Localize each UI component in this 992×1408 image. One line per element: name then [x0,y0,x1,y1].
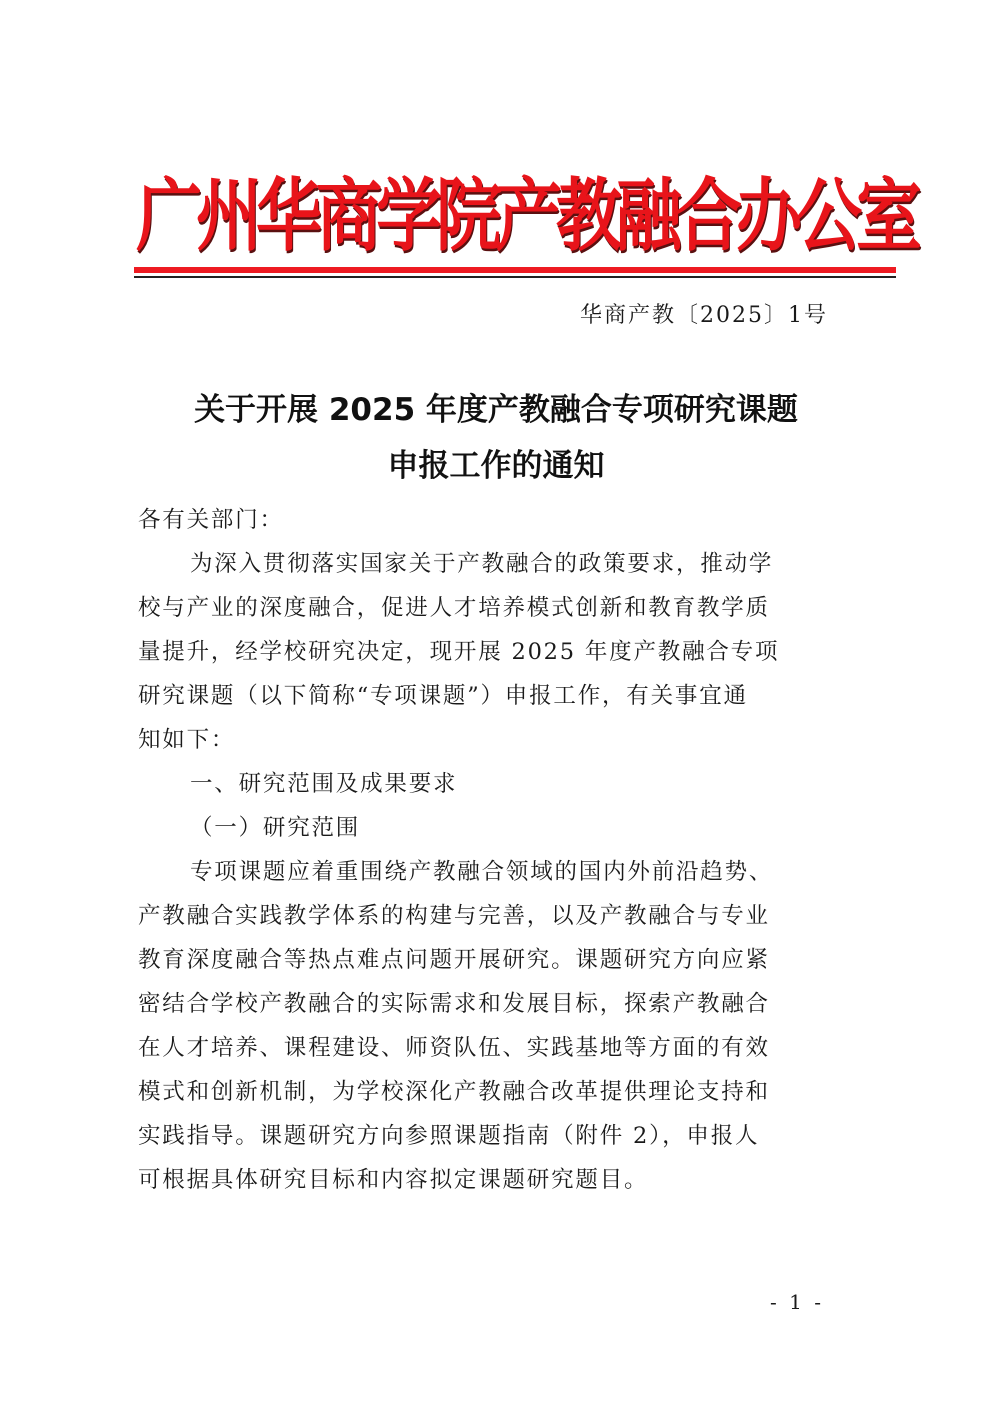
document-body: 各有关部门： 为深入贯彻落实国家关于产教融合的政策要求，推动学 校与产业的深度融… [138,498,838,1202]
paragraph-line: 为深入贯彻落实国家关于产教融合的政策要求，推动学 [138,542,838,586]
paragraph-line: 可根据具体研究目标和内容拟定课题研究题目。 [138,1158,838,1202]
document-title-line-1: 关于开展 2025 年度产教融合专项研究课题 [0,384,992,429]
subsection-heading: （一）研究范围 [138,806,838,850]
document-page: 广州华商学院产教融合办公室 华商产教〔2025〕1号 关于开展 2025 年度产… [0,0,992,1408]
paragraph-line: 产教融合实践教学体系的构建与完善，以及产教融合与专业 [138,894,838,938]
paragraph-line: 密结合学校产教融合的实际需求和发展目标，探索产教融合 [138,982,838,1026]
document-number: 华商产教〔2025〕1号 [580,298,828,329]
paragraph-line: 在人才培养、课程建设、师资队伍、实践基地等方面的有效 [138,1026,838,1070]
paragraph-line: 实践指导。课题研究方向参照课题指南（附件 2），申报人 [138,1114,838,1158]
document-title-line-2: 申报工作的通知 [0,440,992,485]
salutation: 各有关部门： [138,498,838,542]
section-heading: 一、研究范围及成果要求 [138,762,838,806]
paragraph-line: 研究课题（以下简称“专项课题”）申报工作，有关事宜通 [138,674,838,718]
paragraph-line: 知如下： [138,718,838,762]
red-divider [134,267,896,273]
paragraph-line: 专项课题应着重围绕产教融合领域的国内外前沿趋势、 [138,850,838,894]
paragraph-line: 校与产业的深度融合，促进人才培养模式创新和教育教学质 [138,586,838,630]
paragraph-line: 模式和创新机制，为学校深化产教融合改革提供理论支持和 [138,1070,838,1114]
black-divider [134,276,896,278]
organization-header: 广州华商学院产教融合办公室 [136,158,866,273]
paragraph-line: 教育深度融合等热点难点问题开展研究。课题研究方向应紧 [138,938,838,982]
page-number: - 1 - [770,1290,824,1314]
paragraph-line: 量提升，经学校研究决定，现开展 2025 年度产教融合专项 [138,630,838,674]
